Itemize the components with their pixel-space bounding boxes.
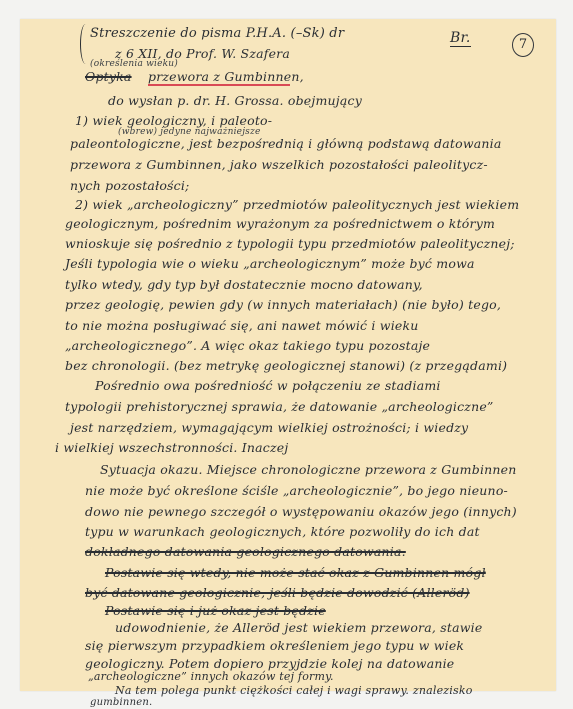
text-line-struck: Postawie się i już okaz jest będzie [105, 603, 326, 618]
header-insert: (określenia wieku) [90, 59, 178, 69]
text-line-struck: dokładnego datowania geologicznego datow… [85, 544, 406, 559]
page-number: 7 [512, 33, 534, 57]
red-underline [148, 84, 290, 86]
text-line: przewora z Gumbinnen, jako wszelkich poz… [70, 157, 488, 172]
text-line: Jeśli typologia wie o wieku „archeologic… [65, 256, 475, 271]
text-line: bez chronologii. (bez metrykę geologiczn… [65, 358, 507, 373]
text-line: „archeologiczne” innych okazów tej formy… [88, 670, 334, 683]
text-line: 1) wiek geologiczny, i paleoto- [75, 113, 272, 128]
text-line: geologiczny. Potem dopiero przyjdzie kol… [85, 656, 454, 671]
text-line: gumbinnen. [90, 697, 152, 708]
text-line: geologicznym, pośrednim wyrażonym za poś… [65, 216, 495, 231]
text-line: Sytuacja okazu. Miejsce chronologiczne p… [100, 462, 517, 477]
text-line: i wielkiej wszechstronności. Inaczej [55, 440, 288, 455]
text-line: udowodnienie, że Alleröd jest wiekiem pr… [115, 620, 482, 635]
header-line-1: Streszczenie do pisma P.H.A. (–Sk) dr [90, 26, 344, 41]
text-line: nych pozostałości; [70, 178, 189, 193]
text-line: wnioskuje się pośrednio z typologii typu… [65, 236, 515, 251]
text-line: to nie można posługiwać się, ani nawet m… [65, 318, 419, 333]
text-line: nie może być określone ściśle „archeolog… [85, 483, 508, 498]
text-line: Pośrednio owa pośredniość w połączeniu z… [95, 378, 441, 393]
header-struck: Optyka [85, 69, 132, 84]
text-line: tylko wtedy, gdy typ był dostatecznie mo… [65, 277, 423, 292]
header-line-3: przewora z Gumbinnen, [148, 69, 304, 84]
text-line: 2) wiek „archeologiczny” przedmiotów pal… [75, 197, 519, 212]
text-line: typu w warunkach geologicznych, które po… [85, 524, 480, 539]
text-line-struck: Postawie się wtedy, nie może stać okaz z… [105, 565, 486, 580]
text-line: jest narzędziem, wymagającym wielkiej os… [70, 420, 468, 435]
text-line: typologii prehistorycznej sprawia, że da… [65, 399, 494, 414]
text-line: dowo nie pewnego szczegół o występowaniu… [85, 504, 517, 519]
text-line: się pierwszym przypadkiem określeniem je… [85, 638, 464, 653]
text-line: paleontologiczne, jest bezpośrednią i gł… [70, 136, 501, 151]
text-line: przez geologię, pewien gdy (w innych mat… [65, 297, 501, 312]
text-line-struck: być datowane geologicznie, jeśli będzie … [85, 585, 470, 600]
text-line: „archeologicznego”. A więc okaz takiego … [65, 338, 430, 353]
initials: Br. [450, 30, 471, 47]
text-line: Na tem polega punkt ciężkości całej i wa… [115, 684, 473, 697]
text-line: do wysłan p. dr. H. Grossa. obejmujący [108, 93, 362, 108]
